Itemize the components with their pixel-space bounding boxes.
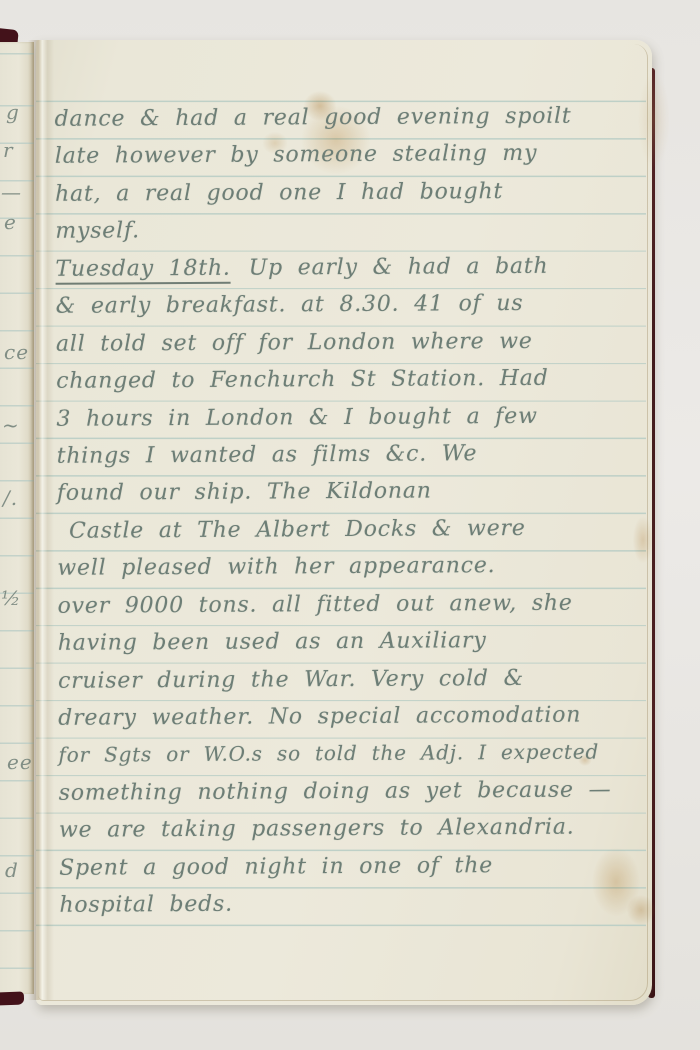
page-fragment: d [5,858,19,882]
handwriting-line: over 9000 tons. all fitted out anew, she [57,584,642,625]
line-text: Castle at The Albert Docks & were [69,516,526,544]
notebook-cover-corner-bottom-left [0,992,24,1006]
notebook-page: dance & had a real good evening spoilt l… [36,40,652,1005]
gutter-crease [28,40,54,1000]
handwriting-line: hospital beds. [59,883,644,924]
handwriting-line: late however by someone stealing my [55,135,640,176]
line-text: Up early & had a bath [249,254,549,281]
handwriting-line: Castle at The Albert Docks & were [57,509,642,550]
line-text: dreary weather. No special accomodation [58,703,581,731]
handwriting-line: all told set off for London where we [56,322,641,363]
line-text: Spent a good night in one of the [59,853,493,881]
diary-photo: { "document": { "kind": "handwritten dia… [0,0,700,1050]
page-fragment: — [1,180,22,204]
line-text: things I wanted as films &c. We [57,441,478,469]
handwriting-line: having been used as an Auxiliary [58,621,643,662]
line-text: something nothing doing as yet because — [59,777,612,805]
line-text: changed to Fenchurch St Station. Had [56,366,548,394]
page-fragment: ce [4,340,29,364]
page-fragment: g [6,100,20,124]
handwriting-line: changed to Fenchurch St Station. Had [56,359,641,400]
handwriting-line: found our ship. The Kildonan [57,472,642,513]
line-text: we are taking passengers to Alexandria. [59,815,575,843]
line-text: late however by someone stealing my [55,141,538,169]
line-text: hat, a real good one I had bought [55,179,503,207]
page-fragment: ½ [1,586,21,610]
handwriting-line: 3 hours in London & I bought a few [56,397,641,438]
handwriting-line: something nothing doing as yet because — [59,771,644,812]
handwriting-line: cruiser during the War. Very cold & [58,659,643,700]
line-text: having been used as an Auxiliary [58,628,487,656]
diary-text: dance & had a real good evening spoilt l… [54,97,644,924]
handwriting-line: Spent a good night in one of the [59,846,644,887]
page-fragment: ∕. [3,486,18,510]
handwriting-line: hat, a real good one I had bought [55,172,640,213]
line-text: all told set off for London where we [56,329,533,357]
handwriting-line-date-heading: Tuesday 18th.Up early & had a bath [55,247,640,288]
line-text: found our ship. The Kildonan [57,479,432,506]
page-fragment: ~ [2,413,20,437]
line-text: 3 hours in London & I bought a few [56,403,537,431]
line-text: cruiser during the War. Very cold & [58,666,524,694]
line-text: dance & had a real good evening spoilt [55,104,572,132]
handwriting-line: things I wanted as films &c. We [57,434,642,475]
line-text: for Sgts or W.O.s so told the Adj. I exp… [58,740,599,767]
handwriting-line: & early breakfast. at 8.30. 41 of us [56,284,641,325]
date-heading: Tuesday 18th. [55,255,230,284]
handwriting-line: for Sgts or W.O.s so told the Adj. I exp… [58,734,643,775]
page-fragment: e [4,210,17,234]
line-text: over 9000 tons. all fitted out anew, she [57,590,572,618]
handwriting-line: dance & had a real good evening spoilt [54,97,639,138]
handwriting-line: dreary weather. No special accomodation [58,696,643,737]
handwriting-line: we are taking passengers to Alexandria. [59,809,644,850]
line-text: & early breakfast. at 8.30. 41 of us [56,291,524,319]
handwriting-line: myself. [55,210,640,251]
line-text: well pleased with her appearance. [57,553,495,581]
line-text: hospital beds. [59,892,233,918]
line-text: myself. [55,219,140,245]
handwriting-line: well pleased with her appearance. [57,546,642,587]
page-fragment: r [3,138,14,162]
